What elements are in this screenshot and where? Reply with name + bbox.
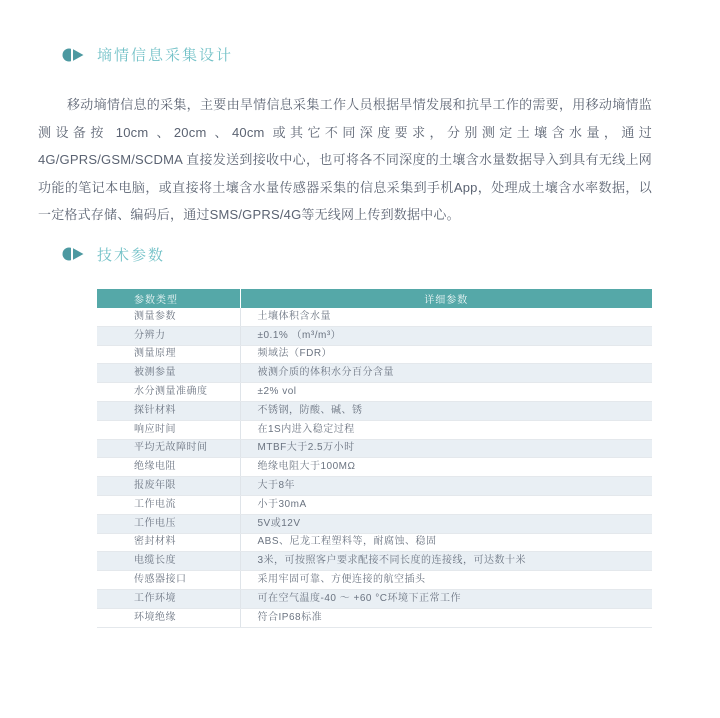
table-row: 电缆长度3米，可按照客户要求配接不同长度的连接线，可达数十米 bbox=[97, 552, 652, 571]
param-value-cell: ±0.1% （m³/m³） bbox=[240, 326, 652, 345]
param-name-cell: 被测参量 bbox=[97, 364, 240, 383]
param-value-cell: 符合IP68标准 bbox=[240, 608, 652, 627]
param-name-cell: 绝缘电阻 bbox=[97, 458, 240, 477]
param-name-cell: 密封材料 bbox=[97, 533, 240, 552]
param-value-cell: 3米，可按照客户要求配接不同长度的连接线，可达数十米 bbox=[240, 552, 652, 571]
param-name-cell: 测量原理 bbox=[97, 345, 240, 364]
param-value-cell: 频域法（FDR） bbox=[240, 345, 652, 364]
table-row: 探针材料不锈钢，防酸、碱、锈 bbox=[97, 401, 652, 420]
arrow-bullet-icon bbox=[62, 245, 86, 263]
table-row: 水分测量准确度±2% vol bbox=[97, 383, 652, 402]
param-name-cell: 平均无故障时间 bbox=[97, 439, 240, 458]
param-name-cell: 环境绝缘 bbox=[97, 608, 240, 627]
table-row: 测量原理频域法（FDR） bbox=[97, 345, 652, 364]
table-row: 传感器接口采用牢固可靠、方便连接的航空插头 bbox=[97, 571, 652, 590]
param-value-cell: MTBF大于2.5万小时 bbox=[240, 439, 652, 458]
table-row: 被测参量被测介质的体积水分百分含量 bbox=[97, 364, 652, 383]
param-name-cell: 传感器接口 bbox=[97, 571, 240, 590]
table-row: 密封材料ABS、尼龙工程塑料等，耐腐蚀、稳固 bbox=[97, 533, 652, 552]
param-value-cell: 土壤体积含水量 bbox=[240, 308, 652, 327]
param-name-cell: 探针材料 bbox=[97, 401, 240, 420]
col-header-param-type: 参数类型 bbox=[97, 289, 240, 308]
section-heading-tech-params: 技术参数 bbox=[62, 244, 720, 265]
param-value-cell: 不锈钢，防酸、碱、锈 bbox=[240, 401, 652, 420]
param-name-cell: 测量参数 bbox=[97, 308, 240, 327]
table-row: 分辨力±0.1% （m³/m³） bbox=[97, 326, 652, 345]
table-row: 绝缘电阻绝缘电阻大于100MΩ bbox=[97, 458, 652, 477]
param-name-cell: 报废年限 bbox=[97, 477, 240, 496]
table-row: 工作环境可在空气温度-40 ～ +60 °C环境下正常工作 bbox=[97, 589, 652, 608]
table-row: 测量参数土壤体积含水量 bbox=[97, 308, 652, 327]
intro-paragraph: 移动墒情信息的采集，主要由旱情信息采集工作人员根据旱情发展和抗旱工作的需要，用移… bbox=[38, 91, 652, 229]
param-value-cell: 5V或12V bbox=[240, 514, 652, 533]
param-name-cell: 工作电压 bbox=[97, 514, 240, 533]
param-value-cell: 被测介质的体积水分百分含量 bbox=[240, 364, 652, 383]
param-value-cell: 绝缘电阻大于100MΩ bbox=[240, 458, 652, 477]
arrow-bullet-icon bbox=[62, 46, 86, 64]
table-row: 工作电压5V或12V bbox=[97, 514, 652, 533]
param-name-cell: 电缆长度 bbox=[97, 552, 240, 571]
param-value-cell: ABS、尼龙工程塑料等，耐腐蚀、稳固 bbox=[240, 533, 652, 552]
table-row: 工作电流小于30mA bbox=[97, 495, 652, 514]
page: 墒情信息采集设计 移动墒情信息的采集，主要由旱情信息采集工作人员根据旱情发展和抗… bbox=[0, 0, 720, 718]
param-value-cell: 在1S内进入稳定过程 bbox=[240, 420, 652, 439]
section-title: 技术参数 bbox=[97, 244, 165, 265]
param-name-cell: 分辨力 bbox=[97, 326, 240, 345]
param-value-cell: 小于30mA bbox=[240, 495, 652, 514]
param-value-cell: ±2% vol bbox=[240, 383, 652, 402]
table-row: 环境绝缘符合IP68标准 bbox=[97, 608, 652, 627]
params-table: 参数类型 详细参数 测量参数土壤体积含水量 分辨力±0.1% （m³/m³） 测… bbox=[97, 289, 652, 628]
table-row: 响应时间在1S内进入稳定过程 bbox=[97, 420, 652, 439]
param-name-cell: 水分测量准确度 bbox=[97, 383, 240, 402]
param-name-cell: 工作电流 bbox=[97, 495, 240, 514]
section-heading-collection-design: 墒情信息采集设计 bbox=[62, 44, 720, 65]
param-value-cell: 可在空气温度-40 ～ +60 °C环境下正常工作 bbox=[240, 589, 652, 608]
param-name-cell: 工作环境 bbox=[97, 589, 240, 608]
section-title: 墒情信息采集设计 bbox=[97, 44, 233, 65]
param-value-cell: 大于8年 bbox=[240, 477, 652, 496]
table-header-row: 参数类型 详细参数 bbox=[97, 289, 652, 308]
table-row: 平均无故障时间MTBF大于2.5万小时 bbox=[97, 439, 652, 458]
table-row: 报废年限大于8年 bbox=[97, 477, 652, 496]
param-value-cell: 采用牢固可靠、方便连接的航空插头 bbox=[240, 571, 652, 590]
param-name-cell: 响应时间 bbox=[97, 420, 240, 439]
col-header-param-detail: 详细参数 bbox=[240, 289, 652, 308]
